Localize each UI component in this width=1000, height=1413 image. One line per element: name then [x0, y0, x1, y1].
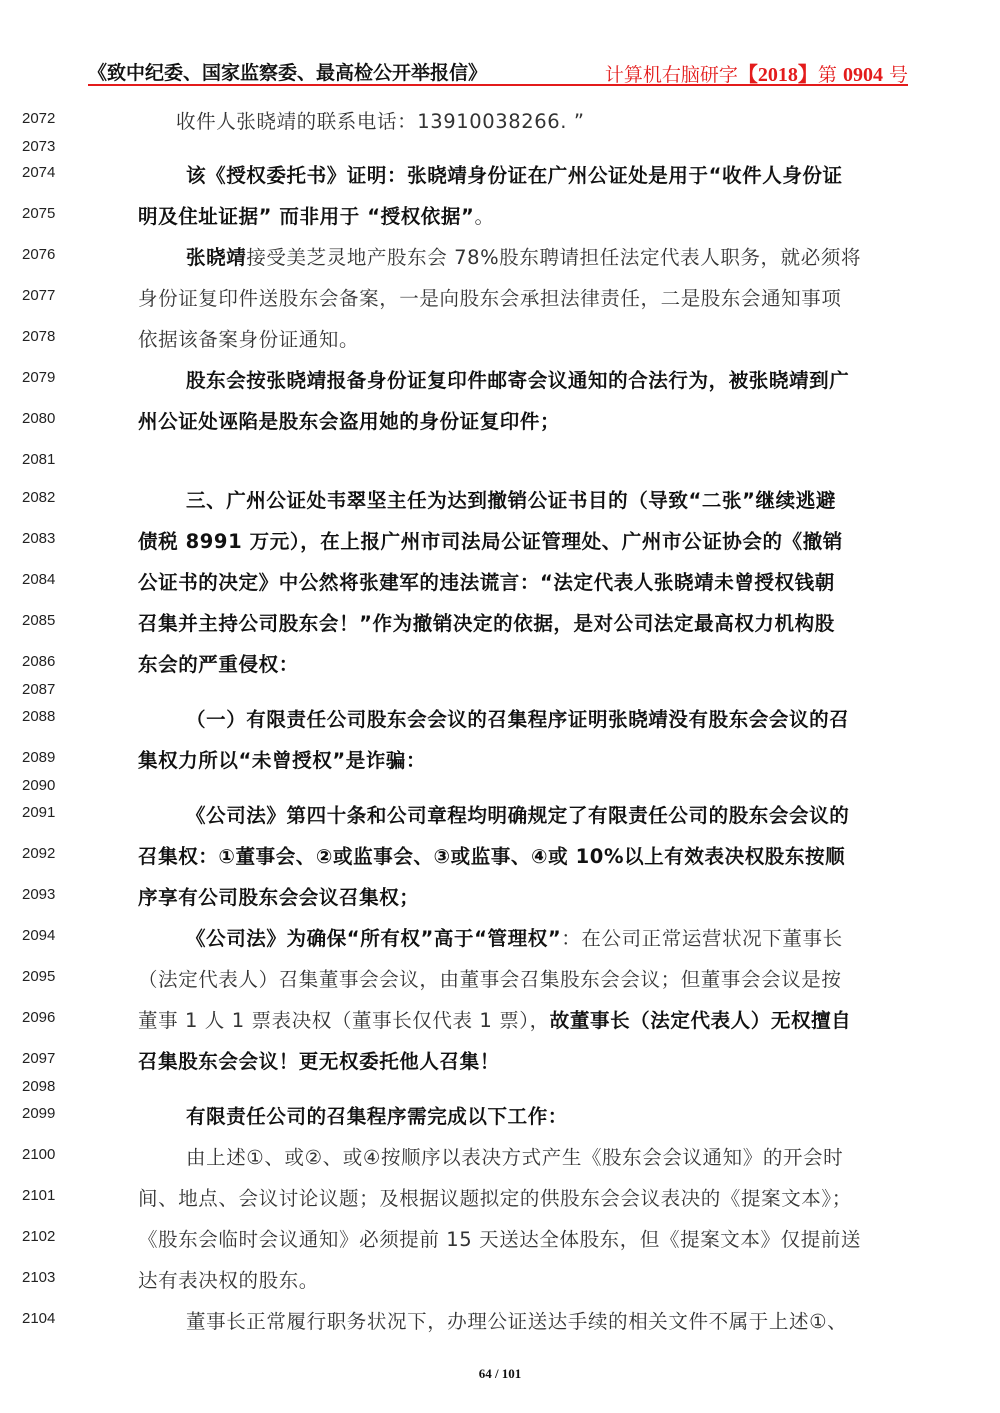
reference-num-prefix: 第 [818, 64, 843, 86]
text-line: 2097召集股东会会议！更无权委托他人召集！ [0, 1046, 1000, 1074]
bold-text-segment: 州公证处诬陷是股东会盗用她的身份证复印件； [138, 410, 560, 433]
line-text: 《公司法》为确保“所有权”高于“管理权”：在公司正常运营状况下董事长 [186, 923, 843, 951]
line-number: 2101 [22, 1187, 72, 1204]
reference-suffix: 号 [883, 64, 908, 86]
line-text: 间、地点、会议讨论议题；及根据议题拟定的供股东会会议表决的《提案文本》； [138, 1183, 852, 1211]
bold-text-segment: 召集并主持公司股东会！”作为撤销决定的依据，是对公司法定最高权力机构股 [138, 612, 835, 635]
bold-text-segment: 有限责任公司的召集程序需完成以下工作： [186, 1105, 568, 1128]
line-number: 2103 [22, 1269, 72, 1286]
line-text: 东会的严重侵权： [138, 649, 299, 677]
text-segment: 间、地点、会议讨论议题；及根据议题拟定的供股东会会议表决的《提案文本》； [138, 1187, 852, 1210]
text-line: 2095（法定代表人）召集董事会会议，由董事会召集股东会会议；但董事会会议是按 [0, 964, 1000, 992]
line-text: 召集股东会会议！更无权委托他人召集！ [138, 1046, 500, 1074]
text-segment: 。 [474, 205, 494, 228]
line-number: 2082 [22, 489, 72, 506]
bold-text-segment: 张晓靖 [186, 246, 246, 269]
line-number: 2097 [22, 1050, 72, 1067]
text-segment: 接受美芝灵地产股东会 78%股东聘请担任法定代表人职务，就必须将 [246, 246, 861, 269]
line-number: 2080 [22, 410, 72, 427]
line-number: 2086 [22, 653, 72, 670]
line-text: 身份证复印件送股东会备案，一是向股东会承担法律责任，二是股东会通知事项 [138, 283, 842, 311]
text-segment: ：在公司正常运营状况下董事长 [561, 927, 842, 950]
line-text: 公证书的决定》中公然将张建军的违法谎言：“法定代表人张晓靖未曾授权钱朝 [138, 567, 835, 595]
line-text: 《股东会临时会议通知》必须提前 15 天送达全体股东，但《提案文本》仅提前送 [138, 1224, 861, 1252]
line-number: 2078 [22, 328, 72, 345]
line-text: 州公证处诬陷是股东会盗用她的身份证复印件； [138, 406, 560, 434]
text-line: 2073 [0, 134, 1000, 162]
text-line: 2096董事 1 人 1 票表决权（董事长仅代表 1 票），故董事长（法定代表人… [0, 1005, 1000, 1033]
text-segment: 董事长正常履行职务状况下，办理公证送达手续的相关文件不属于上述①、 [186, 1310, 847, 1333]
text-line: 2075明及住址证据” 而非用于 “授权依据”。 [0, 201, 1000, 229]
page-header: 《致中纪委、国家监察委、最高检公开举报信》 计算机右脑研字【2018】第 090… [88, 58, 908, 84]
text-line: 2080州公证处诬陷是股东会盗用她的身份证复印件； [0, 406, 1000, 434]
line-number: 2079 [22, 369, 72, 386]
bold-text-segment: 召集股东会会议！更无权委托他人召集！ [138, 1050, 500, 1073]
text-line: 2100由上述①、或②、或④按顺序以表决方式产生《股东会会议通知》的开会时 [0, 1142, 1000, 1170]
text-line: 2078依据该备案身份证通知。 [0, 324, 1000, 352]
text-line: 2074该《授权委托书》证明：张晓靖身份证在广州公证处是用于“收件人身份证 [0, 160, 1000, 188]
document-reference-number: 计算机右脑研字【2018】第 0904 号 [605, 58, 908, 87]
document-title: 《致中纪委、国家监察委、最高检公开举报信》 [88, 58, 487, 85]
line-number: 2096 [22, 1009, 72, 1026]
line-number: 2083 [22, 530, 72, 547]
line-number: 2077 [22, 287, 72, 304]
text-line: 2091《公司法》第四十条和公司章程均明确规定了有限责任公司的股东会会议的 [0, 800, 1000, 828]
line-number: 2084 [22, 571, 72, 588]
line-number: 2089 [22, 749, 72, 766]
bold-text-segment: 明及住址证据” 而非用于 “授权依据” [138, 205, 474, 228]
bold-text-segment: 故董事长（法定代表人）无权擅自 [550, 1009, 852, 1032]
line-text: 收件人张晓靖的联系电话：13910038266. ” [176, 106, 585, 134]
line-number: 2087 [22, 681, 72, 698]
line-text: 三、广州公证处韦翠坚主任为达到撤销公证书目的（导致“二张”继续逃避 [186, 485, 836, 513]
bold-text-segment: 东会的严重侵权： [138, 653, 299, 676]
line-text: 债税 8991 万元），在上报广州市司法局公证管理处、广州市公证协会的《撤销 [138, 526, 843, 554]
bold-text-segment: 《公司法》为确保“所有权”高于“管理权” [186, 927, 561, 950]
text-line: 2076张晓靖接受美芝灵地产股东会 78%股东聘请担任法定代表人职务，就必须将 [0, 242, 1000, 270]
text-line: 2077身份证复印件送股东会备案，一是向股东会承担法律责任，二是股东会通知事项 [0, 283, 1000, 311]
text-line: 2102《股东会临时会议通知》必须提前 15 天送达全体股东，但《提案文本》仅提… [0, 1224, 1000, 1252]
text-line: 2083债税 8991 万元），在上报广州市司法局公证管理处、广州市公证协会的《… [0, 526, 1000, 554]
text-segment: 达有表决权的股东。 [138, 1269, 319, 1292]
line-text: 《公司法》第四十条和公司章程均明确规定了有限责任公司的股东会会议的 [186, 800, 849, 828]
line-text: 张晓靖接受美芝灵地产股东会 78%股东聘请担任法定代表人职务，就必须将 [186, 242, 861, 270]
text-line: 2089集权力所以“未曾授权”是诈骗： [0, 745, 1000, 773]
line-number: 2098 [22, 1078, 72, 1095]
line-text: 序享有公司股东会会议召集权； [138, 882, 419, 910]
text-line: 2090 [0, 773, 1000, 801]
text-line: 2086东会的严重侵权： [0, 649, 1000, 677]
line-number: 2094 [22, 927, 72, 944]
line-number: 2091 [22, 804, 72, 821]
line-text: 明及住址证据” 而非用于 “授权依据”。 [138, 201, 495, 229]
line-number: 2100 [22, 1146, 72, 1163]
bold-text-segment: 债税 8991 万元），在上报广州市司法局公证管理处、广州市公证协会的《撤销 [138, 530, 843, 553]
bold-text-segment: 公证书的决定》中公然将张建军的违法谎言：“法定代表人张晓靖未曾授权钱朝 [138, 571, 835, 594]
line-number: 2088 [22, 708, 72, 725]
text-line: 2101间、地点、会议讨论议题；及根据议题拟定的供股东会会议表决的《提案文本》； [0, 1183, 1000, 1211]
line-text: （一）有限责任公司股东会会议的召集程序证明张晓靖没有股东会会议的召 [186, 704, 849, 732]
line-number: 2092 [22, 845, 72, 862]
line-text: （法定代表人）召集董事会会议，由董事会召集股东会会议；但董事会会议是按 [138, 964, 842, 992]
text-segment: 依据该备案身份证通知。 [138, 328, 359, 351]
text-line: 2098 [0, 1074, 1000, 1102]
text-line: 2072收件人张晓靖的联系电话：13910038266. ” [0, 106, 1000, 134]
reference-bracket-open: 【 [738, 64, 758, 86]
bold-text-segment: 该《授权委托书》证明：张晓靖身份证在广州公证处是用于“收件人身份证 [186, 164, 843, 187]
text-line: 2081 [0, 447, 1000, 475]
text-segment: 由上述①、或②、或④按顺序以表决方式产生《股东会会议通知》的开会时 [186, 1146, 843, 1169]
line-number: 2102 [22, 1228, 72, 1245]
text-line: 2084公证书的决定》中公然将张建军的违法谎言：“法定代表人张晓靖未曾授权钱朝 [0, 567, 1000, 595]
bold-text-segment: 三、广州公证处韦翠坚主任为达到撤销公证书目的（导致“二张”继续逃避 [186, 489, 836, 512]
line-text: 董事 1 人 1 票表决权（董事长仅代表 1 票），故董事长（法定代表人）无权擅… [138, 1005, 851, 1033]
bold-text-segment: 召集权：①董事会、②或监事会、③或监事、④或 10%以上有效表决权股东按顺 [138, 845, 845, 868]
line-text: 召集并主持公司股东会！”作为撤销决定的依据，是对公司法定最高权力机构股 [138, 608, 835, 636]
text-segment: 《股东会临时会议通知》必须提前 15 天送达全体股东，但《提案文本》仅提前送 [138, 1228, 861, 1251]
line-number: 2085 [22, 612, 72, 629]
text-segment: 收件人张晓靖的联系电话：13910038266. ” [176, 110, 585, 133]
text-line: 2079股东会按张晓靖报备身份证复印件邮寄会议通知的合法行为，被张晓靖到广 [0, 365, 1000, 393]
text-line: 2103达有表决权的股东。 [0, 1265, 1000, 1293]
header-divider [88, 84, 908, 86]
line-number: 2081 [22, 451, 72, 468]
line-text: 召集权：①董事会、②或监事会、③或监事、④或 10%以上有效表决权股东按顺 [138, 841, 845, 869]
bold-text-segment: 集权力所以“未曾授权”是诈骗： [138, 749, 426, 772]
reference-number: 0904 [843, 64, 883, 86]
text-line: 2093序享有公司股东会会议召集权； [0, 882, 1000, 910]
text-segment: （法定代表人）召集董事会会议，由董事会召集股东会会议；但董事会会议是按 [138, 968, 842, 991]
page-number: 64 / 101 [0, 1366, 1000, 1382]
reference-year: 2018 [758, 64, 798, 86]
text-line: 2087 [0, 677, 1000, 705]
text-segment: 身份证复印件送股东会备案，一是向股东会承担法律责任，二是股东会通知事项 [138, 287, 842, 310]
line-number: 2076 [22, 246, 72, 263]
text-line: 2092召集权：①董事会、②或监事会、③或监事、④或 10%以上有效表决权股东按… [0, 841, 1000, 869]
line-text: 股东会按张晓靖报备身份证复印件邮寄会议通知的合法行为，被张晓靖到广 [186, 365, 849, 393]
text-line: 2088（一）有限责任公司股东会会议的召集程序证明张晓靖没有股东会会议的召 [0, 704, 1000, 732]
reference-bracket-close: 】 [798, 64, 818, 86]
text-line: 2085召集并主持公司股东会！”作为撤销决定的依据，是对公司法定最高权力机构股 [0, 608, 1000, 636]
text-line: 2094《公司法》为确保“所有权”高于“管理权”：在公司正常运营状况下董事长 [0, 923, 1000, 951]
bold-text-segment: （一）有限责任公司股东会会议的召集程序证明张晓靖没有股东会会议的召 [186, 708, 849, 731]
line-text: 由上述①、或②、或④按顺序以表决方式产生《股东会会议通知》的开会时 [186, 1142, 843, 1170]
line-number: 2099 [22, 1105, 72, 1122]
line-text: 有限责任公司的召集程序需完成以下工作： [186, 1101, 568, 1129]
line-number: 2073 [22, 138, 72, 155]
line-number: 2074 [22, 164, 72, 181]
line-text: 董事长正常履行职务状况下，办理公证送达手续的相关文件不属于上述①、 [186, 1306, 847, 1334]
line-text: 达有表决权的股东。 [138, 1265, 319, 1293]
text-line: 2104董事长正常履行职务状况下，办理公证送达手续的相关文件不属于上述①、 [0, 1306, 1000, 1334]
line-number: 2093 [22, 886, 72, 903]
line-number: 2104 [22, 1310, 72, 1327]
text-line: 2082三、广州公证处韦翠坚主任为达到撤销公证书目的（导致“二张”继续逃避 [0, 485, 1000, 513]
line-number: 2095 [22, 968, 72, 985]
text-segment: 董事 1 人 1 票表决权（董事长仅代表 1 票）， [138, 1009, 550, 1032]
line-text: 集权力所以“未曾授权”是诈骗： [138, 745, 426, 773]
bold-text-segment: 序享有公司股东会会议召集权； [138, 886, 419, 909]
line-number: 2075 [22, 205, 72, 222]
line-number: 2090 [22, 777, 72, 794]
text-line: 2099有限责任公司的召集程序需完成以下工作： [0, 1101, 1000, 1129]
bold-text-segment: 《公司法》第四十条和公司章程均明确规定了有限责任公司的股东会会议的 [186, 804, 849, 827]
line-text: 该《授权委托书》证明：张晓靖身份证在广州公证处是用于“收件人身份证 [186, 160, 843, 188]
line-number: 2072 [22, 110, 72, 127]
line-text: 依据该备案身份证通知。 [138, 324, 359, 352]
reference-prefix: 计算机右脑研字 [605, 64, 738, 86]
bold-text-segment: 股东会按张晓靖报备身份证复印件邮寄会议通知的合法行为，被张晓靖到广 [186, 369, 849, 392]
